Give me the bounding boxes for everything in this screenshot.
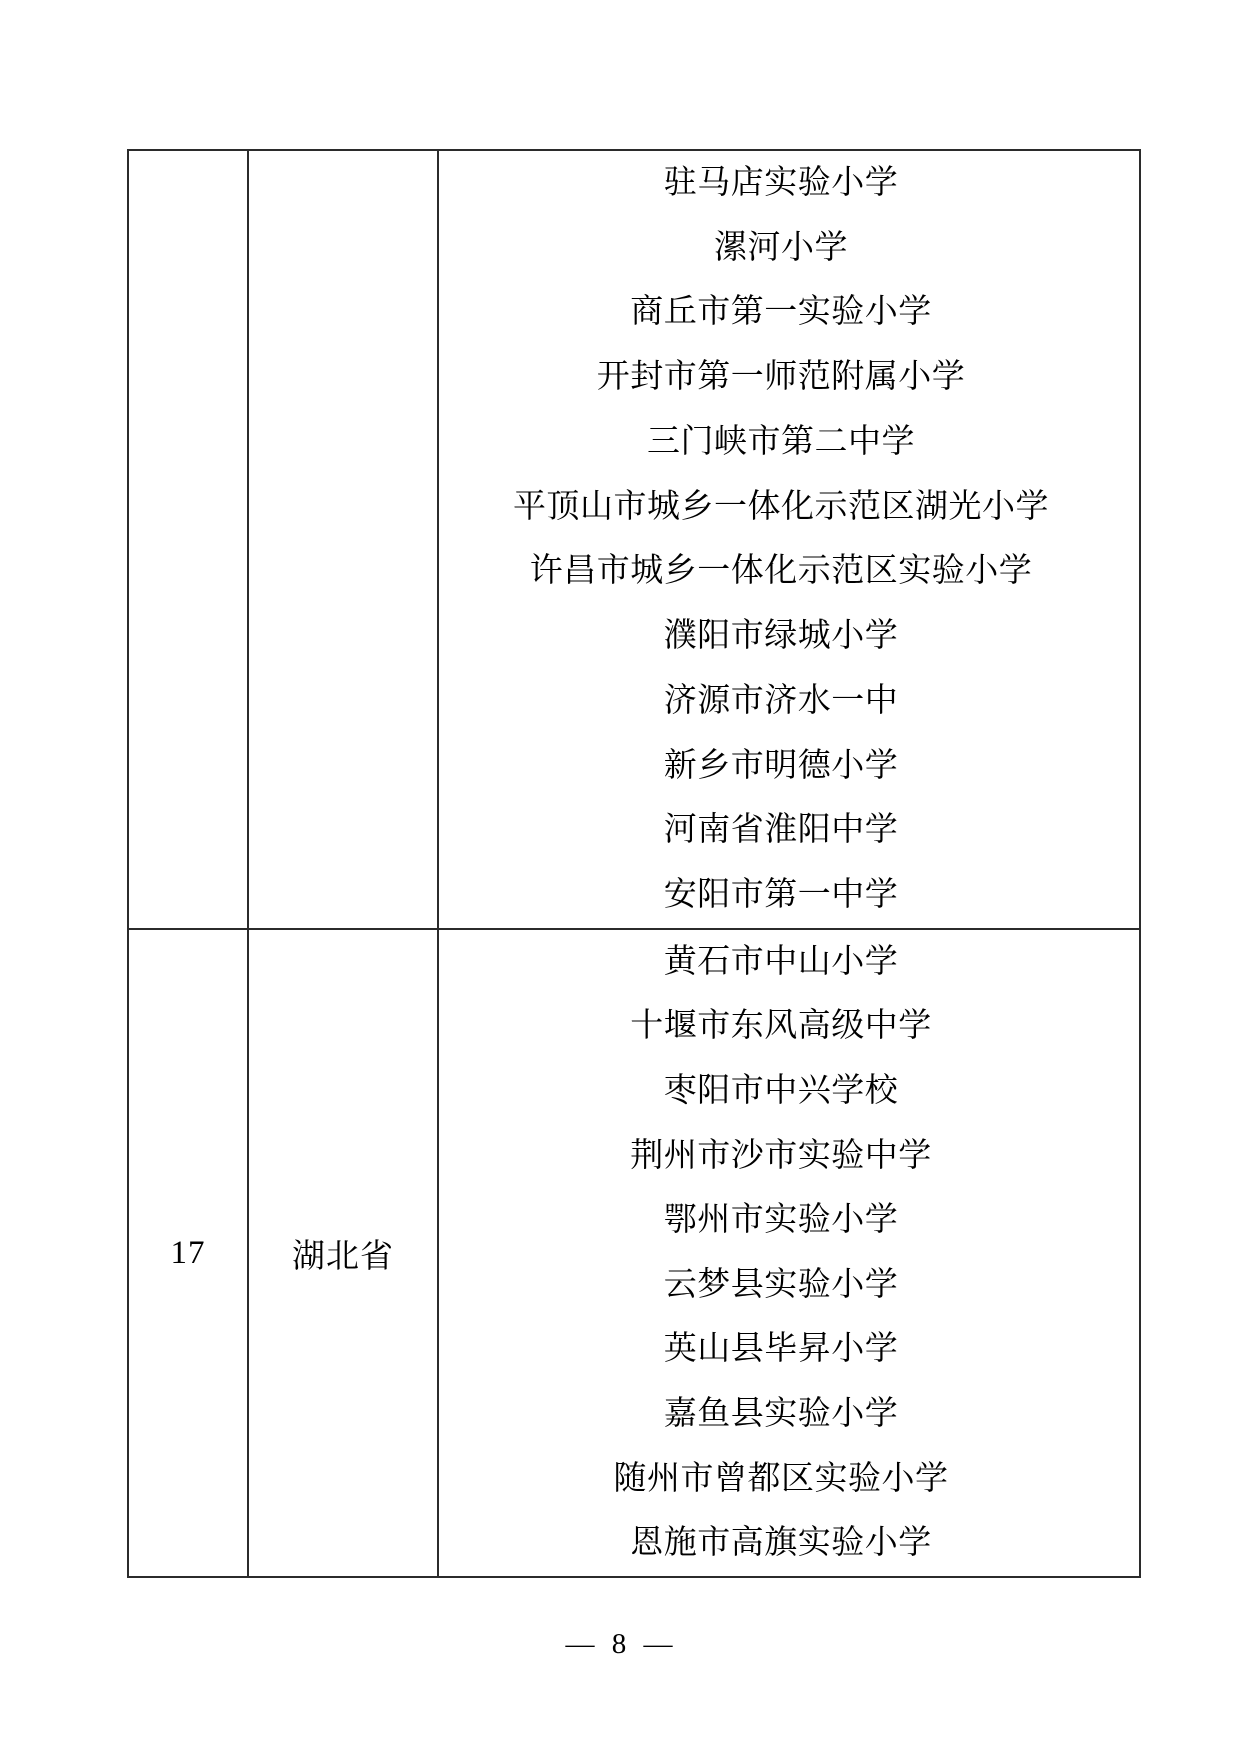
school-name: 英山县毕昇小学 — [431, 1318, 1131, 1383]
school-name: 枣阳市中兴学校 — [431, 1059, 1131, 1124]
school-name: 河南省淮阳中学 — [431, 799, 1131, 864]
school-list: 驻马店实验小学 漯河小学 商丘市第一实验小学 开封市第一师范附属小学 三门峡市第… — [439, 151, 1139, 928]
school-list: 黄石市中山小学 十堰市东风高级中学 枣阳市中兴学校 荆州市沙市实验中学 鄂州市实… — [439, 930, 1139, 1576]
school-list-cell: 驻马店实验小学 漯河小学 商丘市第一实验小学 开封市第一师范附属小学 三门峡市第… — [438, 150, 1140, 929]
school-name: 驻马店实验小学 — [431, 151, 1131, 216]
school-name: 十堰市东风高级中学 — [431, 995, 1131, 1060]
document-page: 驻马店实验小学 漯河小学 商丘市第一实验小学 开封市第一师范附属小学 三门峡市第… — [0, 0, 1240, 1754]
school-name: 三门峡市第二中学 — [431, 410, 1131, 475]
row-index-label: 17 — [171, 1235, 206, 1271]
school-list-cell: 黄石市中山小学 十堰市东风高级中学 枣阳市中兴学校 荆州市沙市实验中学 鄂州市实… — [438, 929, 1140, 1577]
school-name: 鄂州市实验小学 — [431, 1188, 1131, 1253]
school-name: 开封市第一师范附属小学 — [431, 345, 1131, 410]
province-label: 湖北省 — [292, 1239, 394, 1275]
school-name: 荆州市沙市实验中学 — [431, 1124, 1131, 1189]
school-name: 许昌市城乡一体化示范区实验小学 — [431, 540, 1131, 605]
row-index-cell: 17 — [128, 929, 248, 1577]
table-row-hubei: 17 湖北省 黄石市中山小学 十堰市东风高级中学 枣阳市中兴学校 荆州市沙市实验… — [128, 929, 1140, 1577]
province-cell: 湖北省 — [248, 929, 438, 1577]
table-row-henan-continued: 驻马店实验小学 漯河小学 商丘市第一实验小学 开封市第一师范附属小学 三门峡市第… — [128, 150, 1140, 929]
school-name: 黄石市中山小学 — [431, 930, 1131, 995]
school-name: 平顶山市城乡一体化示范区湖光小学 — [431, 475, 1131, 540]
page-number: — 8 — — [0, 1628, 1240, 1661]
school-name: 商丘市第一实验小学 — [431, 281, 1131, 346]
school-name: 嘉鱼县实验小学 — [431, 1382, 1131, 1447]
school-name: 安阳市第一中学 — [431, 863, 1131, 928]
school-table: 驻马店实验小学 漯河小学 商丘市第一实验小学 开封市第一师范附属小学 三门峡市第… — [127, 149, 1141, 1578]
school-name: 云梦县实验小学 — [431, 1253, 1131, 1318]
school-name: 濮阳市绿城小学 — [431, 604, 1131, 669]
school-name: 济源市济水一中 — [431, 669, 1131, 734]
school-name: 新乡市明德小学 — [431, 734, 1131, 799]
school-name: 漯河小学 — [431, 216, 1131, 281]
school-name: 恩施市高旗实验小学 — [431, 1511, 1131, 1576]
province-cell — [248, 150, 438, 929]
school-name: 随州市曾都区实验小学 — [431, 1447, 1131, 1512]
row-index-cell — [128, 150, 248, 929]
